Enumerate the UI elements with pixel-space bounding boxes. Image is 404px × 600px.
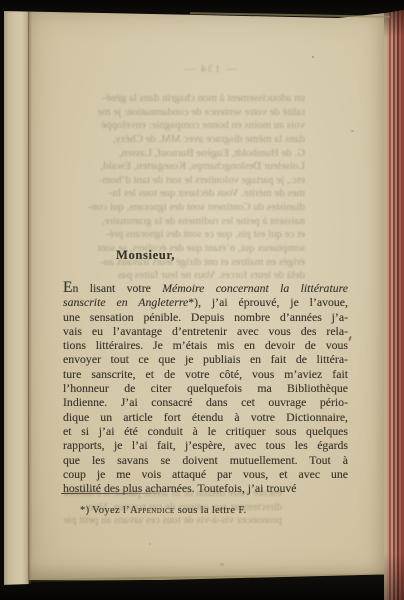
text-line: G. de Humboldt, Eugène Burnouf, Lassen, bbox=[61, 147, 305, 161]
text-line: et ce qui est pis, que ce sont des ignor… bbox=[61, 228, 305, 242]
letter-body-paragraph: En lisant votre Mémoire concernant la li… bbox=[63, 281, 348, 495]
paper-speck bbox=[312, 56, 314, 58]
text-segment: que les savans se doivent mutuellement. … bbox=[63, 453, 348, 467]
bleedthrough-text-top: un adoucissement à mon chagrin dans la g… bbox=[61, 92, 305, 283]
letter-salutation: Monsieur, bbox=[116, 248, 175, 263]
paper-speck bbox=[351, 130, 354, 132]
text-line: En lisant votre Mémoire concernant la li… bbox=[63, 281, 348, 295]
footnote: *) Voyez l’Appendice sous la lettre F. bbox=[80, 505, 247, 516]
gutter-crease bbox=[28, 0, 32, 600]
text-line: sanscrite en Angleterre*), j’ai éprouvé,… bbox=[63, 295, 348, 309]
paper-speck bbox=[220, 563, 224, 566]
text-segment: *), j’ai éprouvé, je l’avoue, bbox=[188, 295, 348, 309]
book-scan-photo: — 134 — un adoucissement à mon chagrin d… bbox=[0, 0, 404, 600]
text-segment: coup je me vois attaqué par vous, et ave… bbox=[63, 467, 348, 481]
paper-speck bbox=[149, 543, 151, 545]
text-segment: tions littéraires. Je m’étais mis en dev… bbox=[63, 338, 348, 352]
text-line: naissent à peine les rudimens de la gram… bbox=[61, 215, 305, 229]
text-segment: *) Voyez l’ bbox=[80, 505, 130, 516]
text-line: une sensation pénible. Depuis nombre d’a… bbox=[63, 310, 348, 324]
text-segment: envoyer tout ce que je publiais en fait … bbox=[63, 352, 348, 366]
text-line: un adoucissement à mon chagrin dans la g… bbox=[61, 92, 305, 106]
text-line: et si j’ai été conduit à le critiquer so… bbox=[63, 424, 348, 438]
text-line: prononcez vis-à-vis de tous ces savans a… bbox=[64, 514, 282, 528]
text-line: l’honneur de citer quelquefois ma Biblio… bbox=[63, 381, 348, 395]
text-segment: une sensation pénible. Depuis nombre d’a… bbox=[63, 310, 348, 324]
text-segment: n lisant votre bbox=[73, 281, 163, 295]
text-line: tions littéraires. Je m’étais mis en dev… bbox=[63, 338, 348, 352]
text-line: dique un article fort étendu à votre Dic… bbox=[63, 410, 348, 424]
text-segment: et si j’ai été conduit à le critiquer so… bbox=[63, 424, 348, 438]
text-segment: vais eu l’avantage d’entretenir avec vou… bbox=[63, 324, 348, 338]
text-line: vois au moins en bonne compagnie: envelo… bbox=[61, 119, 305, 133]
text-segment: Indienne. J’ai consacré dans cet ouvrage… bbox=[63, 395, 348, 409]
text-line: érigés en maîtres et ont dirigé leurs tr… bbox=[61, 256, 305, 270]
text-line: coup je me vois attaqué par vous, et ave… bbox=[63, 467, 348, 481]
text-line: etc., je partage volontiers le sort de t… bbox=[61, 174, 305, 188]
text-line: dans la même disgrace avec MM. de Chézy, bbox=[61, 133, 305, 147]
left-page-edge bbox=[4, 0, 29, 600]
text-line: que les savans se doivent mutuellement. … bbox=[63, 453, 348, 467]
text-segment: Appendice bbox=[130, 505, 175, 516]
text-line: Indienne. J’ai consacré dans cet ouvrage… bbox=[63, 395, 348, 409]
bleedthrough-page-number: — 134 — bbox=[178, 63, 242, 75]
text-segment: ture sanscrite, et de votre côté, vous m… bbox=[63, 367, 348, 381]
text-line: Loiseleur Deslongchamps, Kosegarten, Ewa… bbox=[61, 160, 305, 174]
text-line: ture sanscrite, et de votre côté, vous m… bbox=[63, 367, 348, 381]
text-line: rapports, je l’ai fait, j’espère, avec t… bbox=[63, 438, 348, 452]
text-line: envoyer tout ce que je publiais en fait … bbox=[63, 352, 348, 366]
red-fore-edge bbox=[384, 8, 404, 600]
text-segment: sous la lettre F. bbox=[175, 505, 247, 516]
text-line: ralité de votre sentence de condamnation… bbox=[61, 106, 305, 120]
text-line: vais eu l’avantage d’entretenir avec vou… bbox=[63, 324, 348, 338]
text-segment: l’honneur de citer quelquefois ma Biblio… bbox=[63, 381, 348, 395]
text-line: mes de mérite. Vous déclarez que tous le… bbox=[61, 187, 305, 201]
text-segment: Mémoire concernant la littérature bbox=[162, 281, 348, 295]
text-line: somptueux qui, n’étant que des écoliers,… bbox=[61, 242, 305, 256]
text-line: dianistes du Continent sont des ignorans… bbox=[61, 201, 305, 215]
text-segment: E bbox=[63, 281, 73, 295]
text-segment: rapports, je l’ai fait, j’espère, avec t… bbox=[63, 438, 348, 452]
text-segment: sanscrite en Angleterre bbox=[63, 295, 188, 309]
text-segment: dique un article fort étendu à votre Dic… bbox=[63, 410, 348, 424]
footnote-rule bbox=[61, 493, 161, 494]
